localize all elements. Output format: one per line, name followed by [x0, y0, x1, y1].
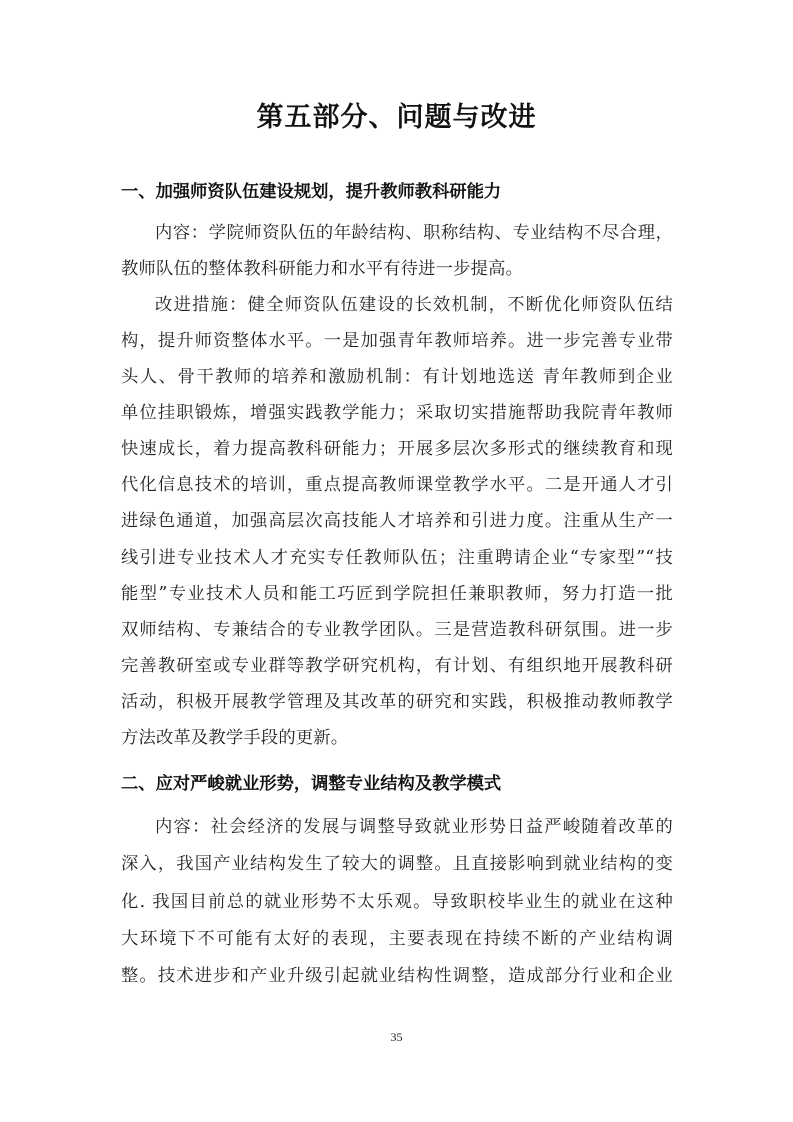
paragraph-line: 头人、骨干教师的培养和激励机制：有计划地选送 青年教师到企业 [121, 365, 673, 389]
paragraph-line: 快速成长，着力提高教科研能力；开展多层次多形式的继续教育和现 [121, 437, 673, 461]
paragraph-line: 化. 我国目前总的就业形势不太乐观。导致职校毕业生的就业在这种 [121, 890, 673, 914]
paragraph-line: 代化信息技术的培训，重点提高教师课堂教学水平。二是开通人才引 [121, 473, 673, 497]
paragraph-line: 构，提升师资整体水平。一是加强青年教师培养。进一步完善专业带 [121, 329, 673, 353]
paragraph-line: 内容：社会经济的发展与调整导致就业形势日益严峻随着改革的 [155, 815, 673, 839]
paragraph-line: 线引进专业技术人才充实专任教师队伍；注重聘请企业“专家型”“技 [121, 546, 673, 570]
paragraph-line: 深入，我国产业结构发生了较大的调整。且直接影响到就业结构的变 [121, 852, 673, 876]
paragraph-line: 大环境下不可能有太好的表现，主要表现在持续不断的产业结构调 [121, 927, 673, 951]
paragraph-line: 进绿色通道，加强高层次高技能人才培养和引进力度。注重从生产一 [121, 509, 673, 533]
section-heading-1: 一、加强师资队伍建设规划，提升教师教科研能力 [121, 180, 501, 204]
section-heading-2: 二、应对严峻就业形势，调整专业结构及教学模式 [121, 772, 501, 796]
paragraph-line: 教师队伍的整体教科研能力和水平有待进一步提高。 [121, 257, 673, 281]
paragraph-line: 方法改革及教学手段的更新。 [121, 726, 673, 750]
page-title: 第五部分、问题与改进 [0, 95, 793, 134]
page-number: 35 [0, 1030, 793, 1045]
paragraph-line: 内容：学院师资队伍的年龄结构、职称结构、专业结构不尽合理， [155, 221, 673, 245]
paragraph-line: 能型”专业技术人员和能工巧匠到学院担任兼职教师，努力打造一批 [121, 582, 673, 606]
document-page: 第五部分、问题与改进 一、加强师资队伍建设规划，提升教师教科研能力 内容：学院师… [0, 0, 793, 1122]
paragraph-line: 改进措施：健全师资队伍建设的长效机制，不断优化师资队伍结 [155, 293, 673, 317]
paragraph-line: 整。技术进步和产业升级引起就业结构性调整，造成部分行业和企业 [121, 964, 673, 988]
paragraph-line: 双师结构、专兼结合的专业教学团队。三是营造教科研氛围。进一步 [121, 618, 673, 642]
paragraph-line: 完善教研室或专业群等教学研究机构，有计划、有组织地开展教科研 [121, 654, 673, 678]
paragraph-line: 单位挂职锻炼，增强实践教学能力；采取切实措施帮助我院青年教师 [121, 401, 673, 425]
paragraph-line: 活动，积极开展教学管理及其改革的研究和实践，积极推动教师教学 [121, 690, 673, 714]
